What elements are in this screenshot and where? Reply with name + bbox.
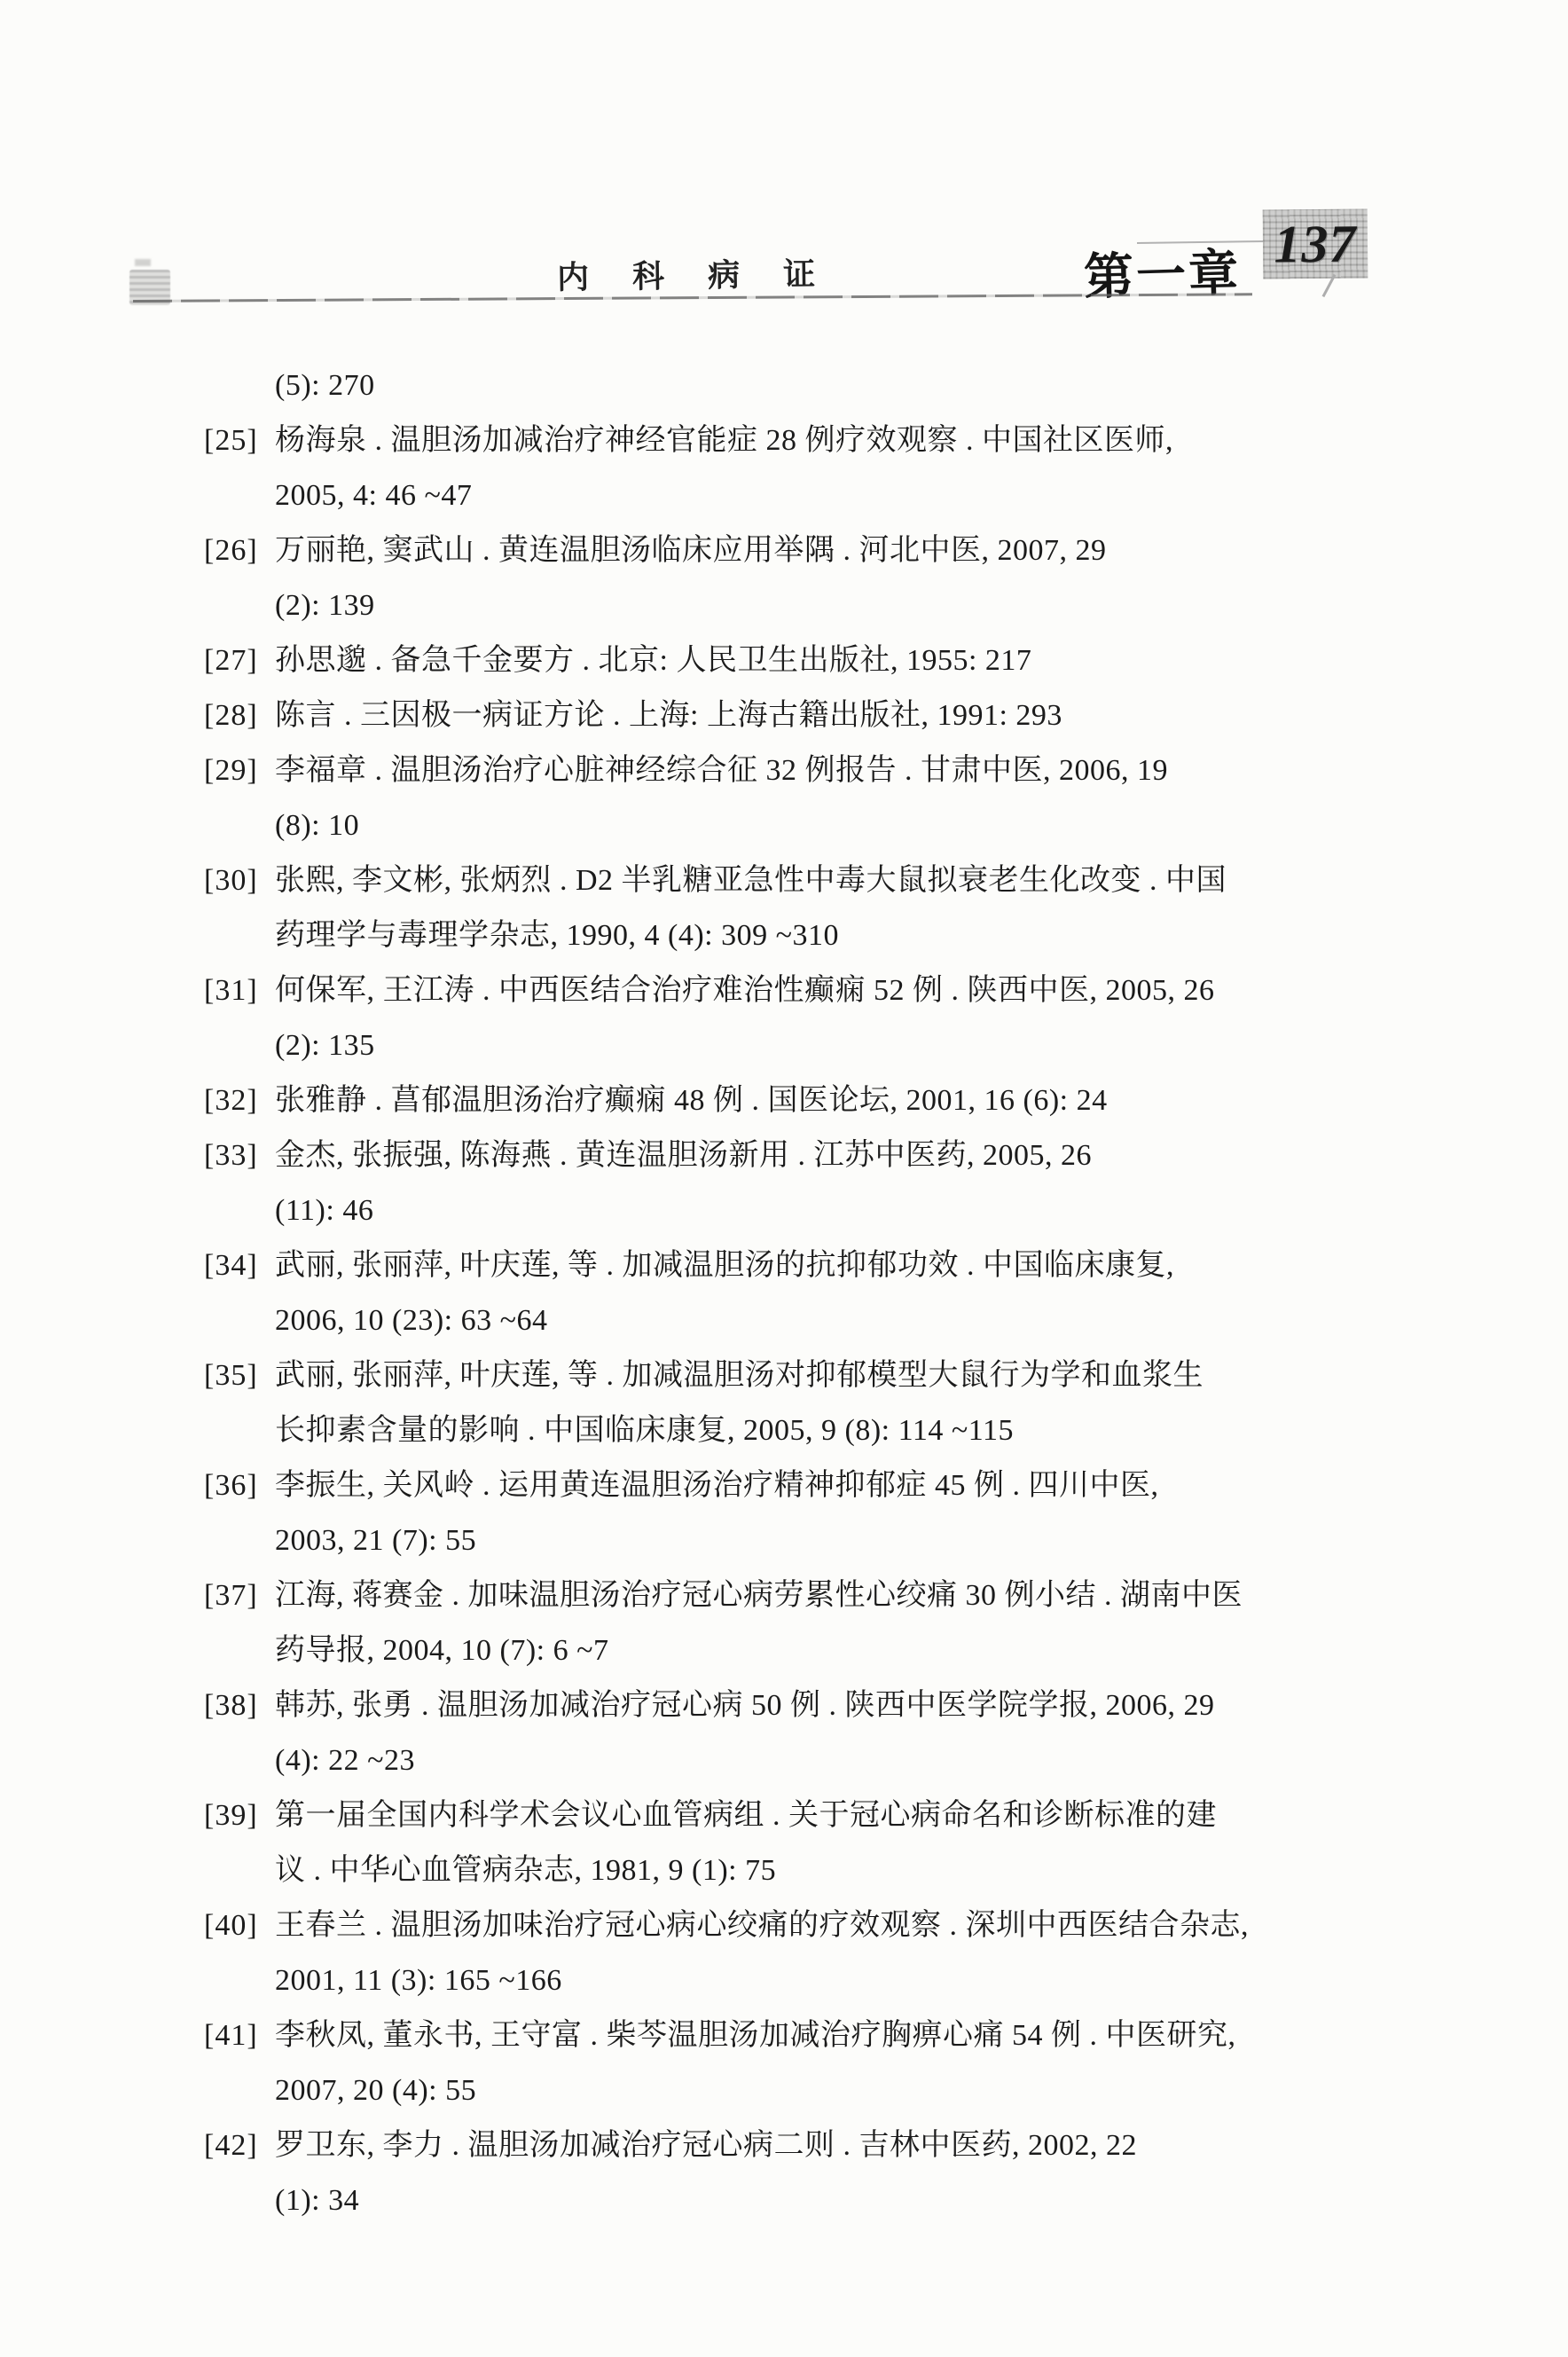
reference-number: [38] [204,1678,275,1733]
reference-line: (1): 34 [275,2173,1384,2228]
reference-line: 王春兰 . 温胆汤加味治疗冠心病心绞痛的疗效观察 . 深圳中西医结合杂志, [275,1898,1384,1953]
reference-number: [30] [204,853,275,908]
reference-number: [39] [204,1788,275,1843]
reference-number: [36] [204,1458,275,1513]
reference-item: [25] 杨海泉 . 温胆汤加减治疗神经官能症 28 例疗效观察 . 中国社区医… [204,413,1384,523]
reference-item: [42] 罗卫东, 李力 . 温胆汤加减治疗冠心病二则 . 吉林中医药, 200… [204,2118,1384,2228]
reference-line: (2): 135 [275,1018,1384,1073]
reference-item: [35] 武丽, 张丽萍, 叶庆莲, 等 . 加减温胆汤对抑郁模型大鼠行为学和血… [204,1348,1384,1458]
running-header-title: 内 科 病 证 [557,249,834,298]
reference-item: [38] 韩苏, 张勇 . 温胆汤加减治疗冠心病 50 例 . 陕西中医学院学报… [204,1678,1384,1788]
reference-item: [37] 江海, 蒋赛金 . 加味温胆汤治疗冠心病劳累性心绞痛 30 例小结 .… [204,1568,1384,1678]
page-number: 137 [1274,213,1357,275]
reference-line: 药导报, 2004, 10 (7): 6 ~7 [275,1623,1384,1678]
reference-number: [27] [204,633,275,688]
reference-lines: 王春兰 . 温胆汤加味治疗冠心病心绞痛的疗效观察 . 深圳中西医结合杂志,200… [275,1898,1384,2008]
reference-lines: 张雅静 . 菖郁温胆汤治疗癫痫 48 例 . 国医论坛, 2001, 16 (6… [275,1073,1384,1128]
reference-line: (5): 270 [275,358,1384,413]
reference-item: [29] 李福章 . 温胆汤治疗心脏神经综合征 32 例报告 . 甘肃中医, 2… [204,743,1384,853]
reference-line: 2003, 21 (7): 55 [275,1513,1384,1568]
reference-line: 2005, 4: 46 ~47 [275,468,1384,523]
reference-line: 张熙, 李文彬, 张炳烈 . D2 半乳糖亚急性中毒大鼠拟衰老生化改变 . 中国 [275,853,1384,908]
reference-item: [33] 金杰, 张振强, 陈海燕 . 黄连温胆汤新用 . 江苏中医药, 200… [204,1128,1384,1238]
reference-line: 张雅静 . 菖郁温胆汤治疗癫痫 48 例 . 国医论坛, 2001, 16 (6… [275,1073,1384,1128]
reference-number: [29] [204,743,275,798]
page-number-badge: 137 [1263,208,1368,279]
reference-item: [31] 何保军, 王江涛 . 中西医结合治疗难治性癫痫 52 例 . 陕西中医… [204,963,1384,1073]
reference-item: [28] 陈言 . 三因极一病证方论 . 上海: 上海古籍出版社, 1991: … [204,688,1384,743]
reference-lines: 武丽, 张丽萍, 叶庆莲, 等 . 加减温胆汤的抗抑郁功效 . 中国临床康复,2… [275,1238,1384,1348]
reference-number: [28] [204,688,275,743]
reference-line: 陈言 . 三因极一病证方论 . 上海: 上海古籍出版社, 1991: 293 [275,688,1384,743]
reference-number: [33] [204,1128,275,1183]
reference-line: 杨海泉 . 温胆汤加减治疗神经官能症 28 例疗效观察 . 中国社区医师, [275,413,1384,468]
reference-line: (11): 46 [275,1183,1384,1238]
reference-item: [36] 李振生, 关风岭 . 运用黄连温胆汤治疗精神抑郁症 45 例 . 四川… [204,1458,1384,1568]
reference-lines: 孙思邈 . 备急千金要方 . 北京: 人民卫生出版社, 1955: 217 [275,633,1384,688]
reference-lines: (5): 270 [275,358,1384,413]
reference-line: 武丽, 张丽萍, 叶庆莲, 等 . 加减温胆汤的抗抑郁功效 . 中国临床康复, [275,1238,1384,1293]
reference-line: (2): 139 [275,578,1384,633]
reference-line: 何保军, 王江涛 . 中西医结合治疗难治性癫痫 52 例 . 陕西中医, 200… [275,963,1384,1018]
reference-number: [35] [204,1348,275,1403]
reference-number: [31] [204,963,275,1018]
reference-list: (5): 270 [25] 杨海泉 . 温胆汤加减治疗神经官能症 28 例疗效观… [204,358,1384,2228]
reference-number: [26] [204,523,275,578]
reference-item: (5): 270 [204,358,1384,413]
reference-number: [40] [204,1898,275,1953]
reference-lines: 陈言 . 三因极一病证方论 . 上海: 上海古籍出版社, 1991: 293 [275,688,1384,743]
reference-lines: 江海, 蒋赛金 . 加味温胆汤治疗冠心病劳累性心绞痛 30 例小结 . 湖南中医… [275,1568,1384,1678]
reference-line: 2006, 10 (23): 63 ~64 [275,1293,1384,1348]
reference-item: [34] 武丽, 张丽萍, 叶庆莲, 等 . 加减温胆汤的抗抑郁功效 . 中国临… [204,1238,1384,1348]
reference-line: 长抑素含量的影响 . 中国临床康复, 2005, 9 (8): 114 ~115 [275,1403,1384,1458]
reference-line: 江海, 蒋赛金 . 加味温胆汤治疗冠心病劳累性心绞痛 30 例小结 . 湖南中医 [275,1568,1384,1623]
reference-lines: 何保军, 王江涛 . 中西医结合治疗难治性癫痫 52 例 . 陕西中医, 200… [275,963,1384,1073]
reference-line: 孙思邈 . 备急千金要方 . 北京: 人民卫生出版社, 1955: 217 [275,633,1384,688]
reference-lines: 万丽艳, 窦武山 . 黄连温胆汤临床应用举隅 . 河北中医, 2007, 29(… [275,523,1384,633]
reference-lines: 李福章 . 温胆汤治疗心脏神经综合征 32 例报告 . 甘肃中医, 2006, … [275,743,1384,853]
reference-line: 万丽艳, 窦武山 . 黄连温胆汤临床应用举隅 . 河北中医, 2007, 29 [275,523,1384,578]
reference-line: 韩苏, 张勇 . 温胆汤加减治疗冠心病 50 例 . 陕西中医学院学报, 200… [275,1678,1384,1733]
reference-lines: 第一届全国内科学术会议心血管病组 . 关于冠心病命名和诊断标准的建议 . 中华心… [275,1788,1384,1898]
reference-line: 李秋凤, 董永书, 王守富 . 柴芩温胆汤加减治疗胸痹心痛 54 例 . 中医研… [275,2008,1384,2063]
reference-number: [32] [204,1073,275,1128]
reference-line: 金杰, 张振强, 陈海燕 . 黄连温胆汤新用 . 江苏中医药, 2005, 26 [275,1128,1384,1183]
reference-line: 武丽, 张丽萍, 叶庆莲, 等 . 加减温胆汤对抑郁模型大鼠行为学和血浆生 [275,1348,1384,1403]
reference-number: [25] [204,413,275,468]
reference-number: [37] [204,1568,275,1623]
reference-line: 2007, 20 (4): 55 [275,2063,1384,2118]
reference-item: [41] 李秋凤, 董永书, 王守富 . 柴芩温胆汤加减治疗胸痹心痛 54 例 … [204,2008,1384,2118]
reference-item: [26] 万丽艳, 窦武山 . 黄连温胆汤临床应用举隅 . 河北中医, 2007… [204,523,1384,633]
reference-item: [32] 张雅静 . 菖郁温胆汤治疗癫痫 48 例 . 国医论坛, 2001, … [204,1073,1384,1128]
reference-line: 议 . 中华心血管病杂志, 1981, 9 (1): 75 [275,1843,1384,1898]
scanned-book-page: 内 科 病 证 第一章 137 (5): 270 [25] 杨海泉 . 温胆汤加… [0,0,1568,2357]
reference-number: [41] [204,2008,275,2063]
reference-line: (4): 22 ~23 [275,1733,1384,1788]
reference-lines: 李秋凤, 董永书, 王守富 . 柴芩温胆汤加减治疗胸痹心痛 54 例 . 中医研… [275,2008,1384,2118]
reference-line: 第一届全国内科学术会议心血管病组 . 关于冠心病命名和诊断标准的建 [275,1788,1384,1843]
reference-line: (8): 10 [275,798,1384,853]
reference-lines: 韩苏, 张勇 . 温胆汤加减治疗冠心病 50 例 . 陕西中医学院学报, 200… [275,1678,1384,1788]
ink-speck-artifact [135,259,151,266]
reference-item: [30] 张熙, 李文彬, 张炳烈 . D2 半乳糖亚急性中毒大鼠拟衰老生化改变… [204,853,1384,963]
reference-lines: 张熙, 李文彬, 张炳烈 . D2 半乳糖亚急性中毒大鼠拟衰老生化改变 . 中国… [275,853,1384,963]
reference-lines: 金杰, 张振强, 陈海燕 . 黄连温胆汤新用 . 江苏中医药, 2005, 26… [275,1128,1384,1238]
reference-item: [40] 王春兰 . 温胆汤加味治疗冠心病心绞痛的疗效观察 . 深圳中西医结合杂… [204,1898,1384,2008]
reference-number: [34] [204,1238,275,1293]
reference-line: 2001, 11 (3): 165 ~166 [275,1953,1384,2008]
reference-lines: 罗卫东, 李力 . 温胆汤加减治疗冠心病二则 . 吉林中医药, 2002, 22… [275,2118,1384,2228]
reference-item: [39] 第一届全国内科学术会议心血管病组 . 关于冠心病命名和诊断标准的建议 … [204,1788,1384,1898]
reference-number: [42] [204,2118,275,2173]
reference-line: 李福章 . 温胆汤治疗心脏神经综合征 32 例报告 . 甘肃中医, 2006, … [275,743,1384,798]
reference-line: 李振生, 关风岭 . 运用黄连温胆汤治疗精神抑郁症 45 例 . 四川中医, [275,1458,1384,1513]
reference-line: 罗卫东, 李力 . 温胆汤加减治疗冠心病二则 . 吉林中医药, 2002, 22 [275,2118,1384,2173]
reference-item: [27] 孙思邈 . 备急千金要方 . 北京: 人民卫生出版社, 1955: 2… [204,633,1384,688]
chapter-label: 第一章 [1083,234,1242,310]
reference-lines: 杨海泉 . 温胆汤加减治疗神经官能症 28 例疗效观察 . 中国社区医师,200… [275,413,1384,523]
reference-lines: 李振生, 关风岭 . 运用黄连温胆汤治疗精神抑郁症 45 例 . 四川中医,20… [275,1458,1384,1568]
reference-lines: 武丽, 张丽萍, 叶庆莲, 等 . 加减温胆汤对抑郁模型大鼠行为学和血浆生长抑素… [275,1348,1384,1458]
reference-line: 药理学与毒理学杂志, 1990, 4 (4): 309 ~310 [275,908,1384,963]
